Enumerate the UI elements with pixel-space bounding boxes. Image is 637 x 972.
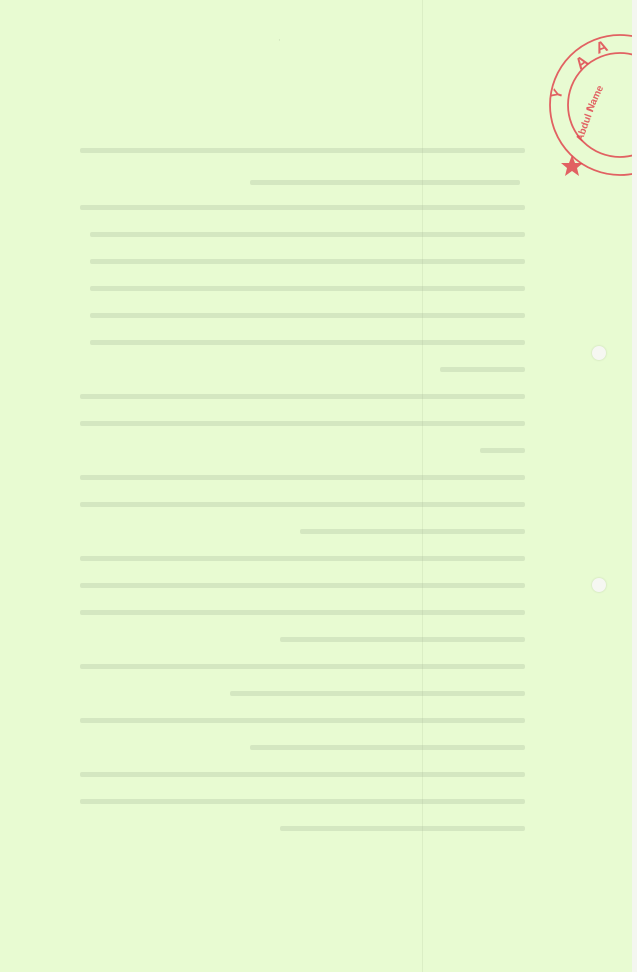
bleed-text-line xyxy=(280,637,525,642)
bleed-text-line xyxy=(80,610,525,615)
bleed-text-line xyxy=(250,180,520,185)
bleed-text-line xyxy=(90,313,525,318)
punch-hole xyxy=(592,578,606,592)
bleed-text-line xyxy=(90,340,525,345)
bleed-text-line xyxy=(80,772,525,777)
bleed-text-line xyxy=(90,232,525,237)
bleed-text-line xyxy=(80,148,525,153)
bleed-text-line xyxy=(90,286,525,291)
page-number-bleed: · xyxy=(278,36,281,46)
red-stamp: A A Y Name Abdul I xyxy=(520,30,637,180)
bleed-text-line xyxy=(80,421,525,426)
bleed-text-line xyxy=(80,475,525,480)
bleed-text-line xyxy=(90,259,525,264)
bleed-text-line xyxy=(440,367,525,372)
bleed-text-line xyxy=(80,799,525,804)
bleed-text-line xyxy=(80,502,525,507)
bleed-text-line xyxy=(80,664,525,669)
punch-hole xyxy=(592,346,606,360)
page-edge xyxy=(632,0,637,972)
bleed-text-line xyxy=(80,583,525,588)
bleed-text-line xyxy=(80,718,525,723)
bleed-text-line xyxy=(280,826,525,831)
bleed-text-line xyxy=(80,556,525,561)
bleed-text-line xyxy=(480,448,525,453)
star-icon xyxy=(561,155,583,176)
bleed-text-line xyxy=(250,745,525,750)
bleed-text-line xyxy=(230,691,525,696)
bleed-text-line xyxy=(300,529,525,534)
scanned-page: · A A Y Name Abdul I xyxy=(0,0,632,972)
bleed-text-line xyxy=(80,394,525,399)
stamp-name-value: Abdul I xyxy=(574,107,596,143)
bleed-text-line xyxy=(80,205,525,210)
